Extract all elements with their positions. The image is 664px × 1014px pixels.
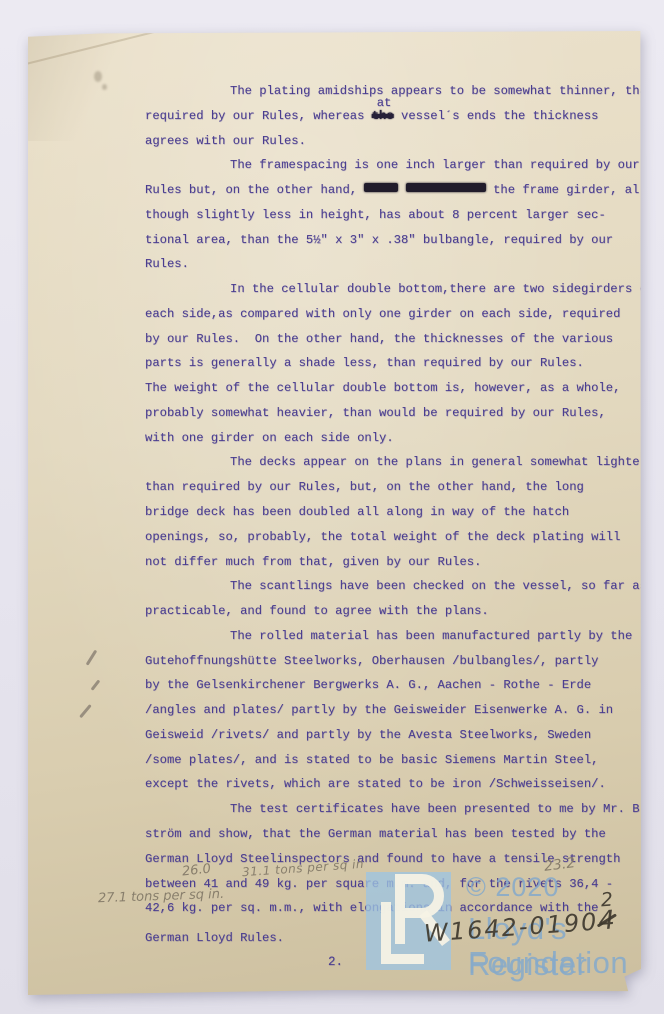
typed-line: ström and show, that the German material… xyxy=(145,822,645,847)
typed-line: The decks appear on the plans in general… xyxy=(145,450,645,475)
typed-line: Rules. xyxy=(145,252,645,277)
typed-text: The plating amidships appears to be some… xyxy=(145,79,645,951)
typed-line: Rules but, on the other hand, the frame … xyxy=(145,178,645,203)
typed-line: practicable, and found to agree with the… xyxy=(145,599,645,624)
typed-line: though slightly less in height, has abou… xyxy=(145,203,645,228)
struck-word: theat xyxy=(372,104,394,129)
pencil-check-mark xyxy=(86,650,97,666)
pencil-check-mark xyxy=(91,680,100,691)
typed-line: probably somewhat heavier, than would be… xyxy=(145,401,645,426)
redacted-word xyxy=(364,183,398,192)
typed-line: by the Gelsenkirchener Bergwerks A. G., … xyxy=(145,673,645,698)
typed-line: agrees with our Rules. xyxy=(145,129,645,154)
pencil-annotation: 26.0 xyxy=(181,862,211,880)
typed-line: The weight of the cellular double bottom… xyxy=(145,376,645,401)
paper-smudge xyxy=(102,84,107,90)
watermark-copyright: © 2020 xyxy=(466,872,559,903)
typed-line: /some plates/, and is stated to be basic… xyxy=(145,748,645,773)
scanned-document-photo: The plating amidships appears to be some… xyxy=(0,0,664,1014)
typed-line: The test certificates have been presente… xyxy=(145,797,645,822)
typed-line: by our Rules. On the other hand, the thi… xyxy=(145,327,645,352)
typed-line: bridge deck has been doubled all along i… xyxy=(145,500,645,525)
redacted-word xyxy=(406,183,486,192)
typed-line: The framespacing is one inch larger than… xyxy=(145,153,645,178)
typed-line: except the rivets, which are stated to b… xyxy=(145,772,645,797)
typed-line: Gutehoffnungshütte Steelworks, Oberhause… xyxy=(145,649,645,674)
typed-line: than required by our Rules, but, on the … xyxy=(145,475,645,500)
typed-line: tional area, than the 5½" x 3" x .38" bu… xyxy=(145,228,645,253)
paper-smudge xyxy=(94,71,102,82)
typed-line: /angles and plates/ partly by the Geiswe… xyxy=(145,698,645,723)
typed-line: with one girder on each side only. xyxy=(145,426,645,451)
watermark-org-suffix: Foundation xyxy=(468,945,628,981)
page-number: 2. xyxy=(328,955,343,969)
handwritten-struck-digit: 42 xyxy=(597,905,618,936)
typed-line: The plating amidships appears to be some… xyxy=(145,79,645,104)
typed-line: each side,as compared with only one gird… xyxy=(145,302,645,327)
typed-line: required by our Rules, whereas theat ves… xyxy=(145,104,645,129)
typed-line: In the cellular double bottom,there are … xyxy=(145,277,645,302)
handwritten-correction-digit: 2 xyxy=(600,888,616,911)
typed-line: not differ much from that, given by our … xyxy=(145,550,645,575)
pencil-check-mark xyxy=(79,704,91,718)
typed-line: The rolled material has been manufacture… xyxy=(145,624,645,649)
paper-crease xyxy=(22,30,158,66)
typewritten-page: The plating amidships appears to be some… xyxy=(28,31,641,995)
typed-line: parts is generally a shade less, than re… xyxy=(145,351,645,376)
typed-line: The scantlings have been checked on the … xyxy=(145,574,645,599)
typed-line: Geisweid /rivets/ and partly by the Aves… xyxy=(145,723,645,748)
typed-line: openings, so, probably, the total weight… xyxy=(145,525,645,550)
inserted-word: at xyxy=(377,91,392,116)
